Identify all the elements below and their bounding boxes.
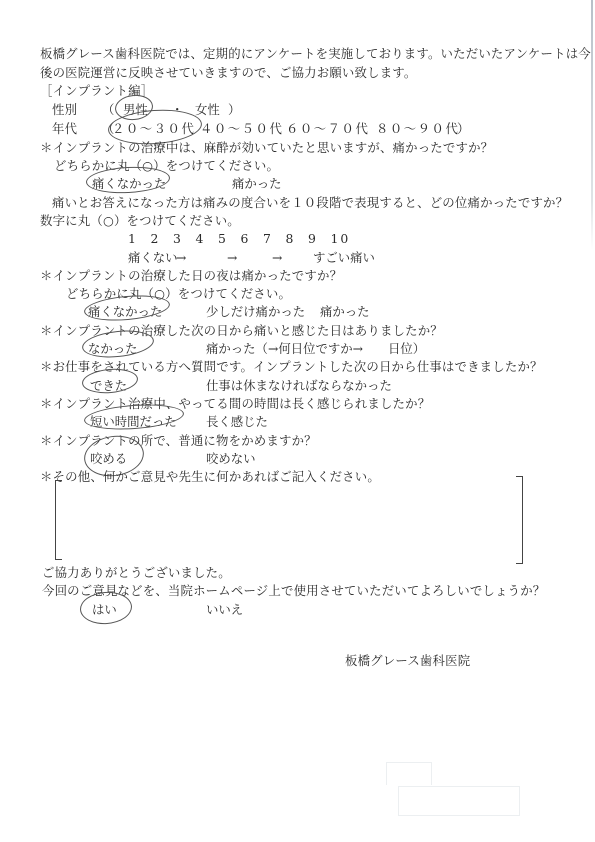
clinic-name: 板橋グレース歯科医院 (345, 653, 470, 669)
gender-separator: ・ (171, 102, 183, 118)
survey-page: 板橋グレース歯科医院では、定期的にアンケートを実施しております。いただいたアンケ… (0, 0, 595, 842)
scale-6[interactable]: 6 (241, 231, 264, 247)
age-option-80-90[interactable]: ８０～９０代 (376, 121, 459, 137)
thanks-text: ご協力ありがとうございました。 (42, 565, 231, 581)
q6-option-long[interactable]: 長く感じた (206, 414, 268, 430)
q3-option-pain[interactable]: 痛かった (320, 304, 370, 320)
scan-artifact-mark (386, 762, 432, 785)
question-3-text: ＊インプラントの治療した日の夜は痛かったですか？ (40, 268, 342, 284)
q3-option-no-pain[interactable]: 痛くなかった (88, 304, 162, 320)
question-5-text: ＊お仕事をされている方へ質問です。インプラントした次の日から仕事はできましたか？ (40, 359, 543, 375)
q6-option-short[interactable]: 短い時間だった (90, 414, 177, 430)
scale-1[interactable]: 1 (128, 231, 151, 247)
q1-option-pain[interactable]: 痛かった (232, 176, 282, 192)
q3-option-little-pain[interactable]: 少しだけ痛かった (206, 304, 305, 320)
question-1-instruction: どちらかに丸（○）をつけてください。 (54, 158, 279, 174)
q4-days-suffix: 日位） (388, 341, 425, 357)
age-option-40-50[interactable]: ４０～５０代 (200, 121, 283, 137)
q5-option-had-to-rest[interactable]: 仕事は休まなければならなかった (206, 378, 392, 394)
comment-box-right-bracket (516, 476, 523, 564)
scale-7[interactable]: 7 (263, 231, 286, 247)
comment-area[interactable] (62, 482, 514, 558)
question-6-text: ＊インプラント治療中、やってる間の時間は長く感じられましたか？ (40, 396, 430, 412)
scan-edge-line (591, 0, 593, 250)
age-option-20-30[interactable]: ２０～３０代 (112, 121, 195, 137)
scale-4[interactable]: 4 (196, 231, 219, 247)
gender-close-paren: ） (228, 102, 240, 118)
pain-scale-numbers: 12345678910 (128, 231, 353, 247)
scale-arrow-2: → (227, 250, 237, 266)
scale-3[interactable]: 3 (173, 231, 196, 247)
scale-2[interactable]: 2 (151, 231, 174, 247)
gender-open-paren: （ (102, 102, 114, 118)
scale-label-very-painful: すごい痛い (313, 250, 375, 266)
permission-option-no[interactable]: いいえ (206, 602, 243, 618)
question-7-text: ＊インプラントの所で、普通に物をかめますか？ (40, 433, 317, 449)
scale-8[interactable]: 8 (286, 231, 309, 247)
section-title: ［インプラント編］ (40, 83, 153, 99)
q4-option-none[interactable]: なかった (88, 341, 138, 357)
question-4-text: ＊インプラントの治療した次の日から痛いと感じた日はありましたか？ (40, 323, 443, 339)
q1-option-no-pain[interactable]: 痛くなかった (92, 176, 166, 192)
question-3-instruction: どちらかに丸（○）をつけてください。 (66, 286, 291, 302)
scale-9[interactable]: 9 (308, 231, 331, 247)
q7-option-can-chew[interactable]: 咬める (90, 451, 127, 467)
intro-line-2: 後の医院運営に反映させていきますので、ご協力お願い致します。 (40, 65, 416, 81)
q7-option-cannot-chew[interactable]: 咬めない (206, 451, 256, 467)
scale-arrow-1: → (176, 250, 186, 266)
question-2-instruction: 数字に丸（○）をつけてください。 (40, 213, 240, 229)
age-close-paren: ） (457, 121, 469, 137)
scan-artifact-box (398, 786, 520, 816)
gender-label: 性別 (52, 102, 77, 118)
age-label: 年代 (52, 121, 77, 137)
permission-option-yes[interactable]: はい (92, 602, 117, 618)
q4-option-pain[interactable]: 痛かった（→何日位ですか→ (206, 341, 363, 357)
question-1-text: ＊インプラントの治療中は、麻酔が効いていたと思いますが、痛かったですか？ (40, 140, 493, 156)
gender-option-female[interactable]: 女性 (195, 102, 220, 118)
permission-question: 今回のご意見などを、当院ホームページ上で使用させていただいてよろしいでしょうか？ (42, 583, 545, 599)
scale-5[interactable]: 5 (218, 231, 241, 247)
question-2-text: 痛いとお答えになった方は痛みの度合いを１０段階で表現すると、どの位痛かったですか… (52, 195, 568, 211)
intro-line-1: 板橋グレース歯科医院では、定期的にアンケートを実施しております。いただいたアンケ… (40, 46, 591, 62)
gender-option-male[interactable]: 男性 (123, 102, 148, 118)
scale-10[interactable]: 10 (331, 231, 354, 247)
comment-box-left-bracket (55, 480, 62, 560)
scale-arrow-3: → (272, 250, 282, 266)
age-option-60-70[interactable]: ６０～７０代 (286, 121, 369, 137)
scale-label-no-pain: 痛くない (128, 250, 178, 266)
q5-option-could-work[interactable]: できた (90, 378, 127, 394)
